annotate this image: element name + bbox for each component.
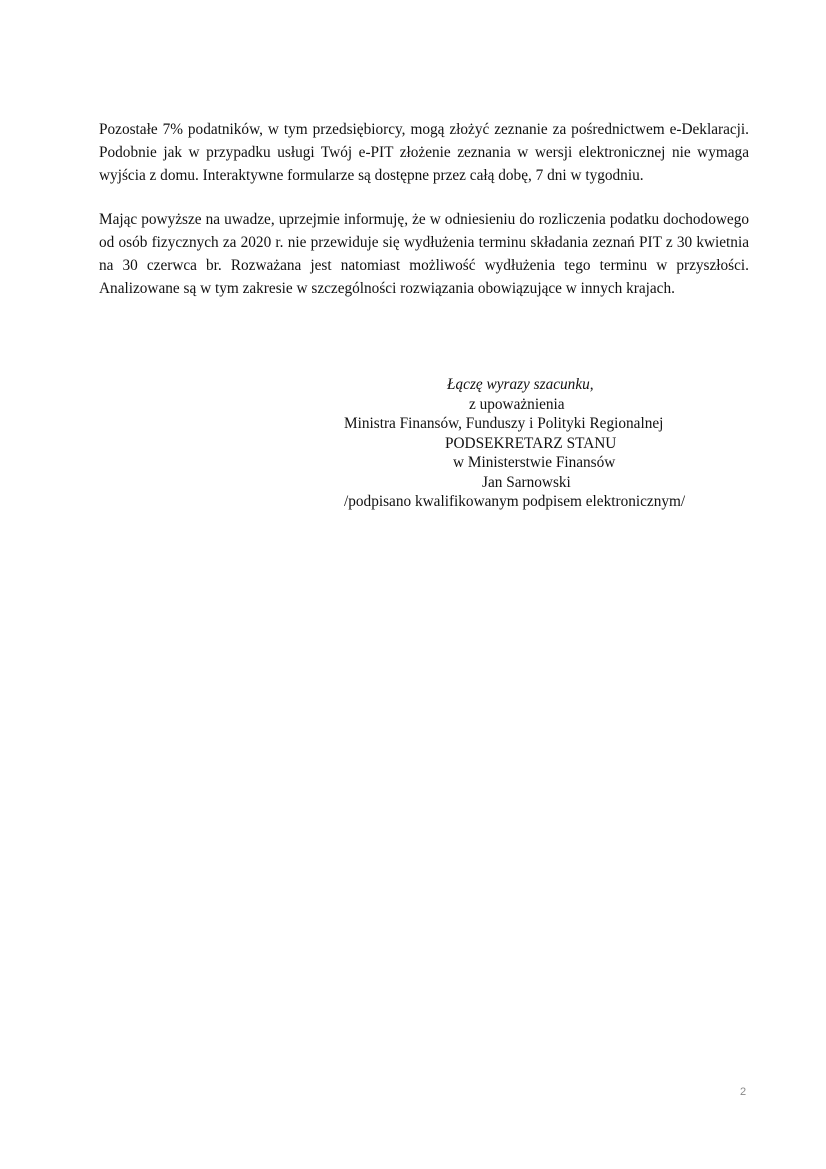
document-page: Pozostałe 7% podatników, w tym przedsięb… xyxy=(0,0,826,1169)
signatory-name: Jan Sarnowski xyxy=(340,473,730,493)
signature-block: Łączę wyrazy szacunku, z upoważnienia Mi… xyxy=(340,375,730,512)
body-paragraph-1: Pozostałe 7% podatników, w tym przedsięb… xyxy=(99,118,749,187)
ministry-line: Ministra Finansów, Funduszy i Polityki R… xyxy=(340,414,730,434)
authorization-line: z upoważnienia xyxy=(340,395,730,415)
body-paragraph-2: Mając powyższe na uwadze, uprzejmie info… xyxy=(99,208,749,300)
position-line: PODSEKRETARZ STANU xyxy=(340,434,730,454)
page-number: 2 xyxy=(740,1086,746,1098)
department-line: w Ministerstwie Finansów xyxy=(340,453,730,473)
closing-line: Łączę wyrazy szacunku, xyxy=(340,375,730,395)
signed-note: /podpisano kwalifikowanym podpisem elekt… xyxy=(340,492,730,512)
